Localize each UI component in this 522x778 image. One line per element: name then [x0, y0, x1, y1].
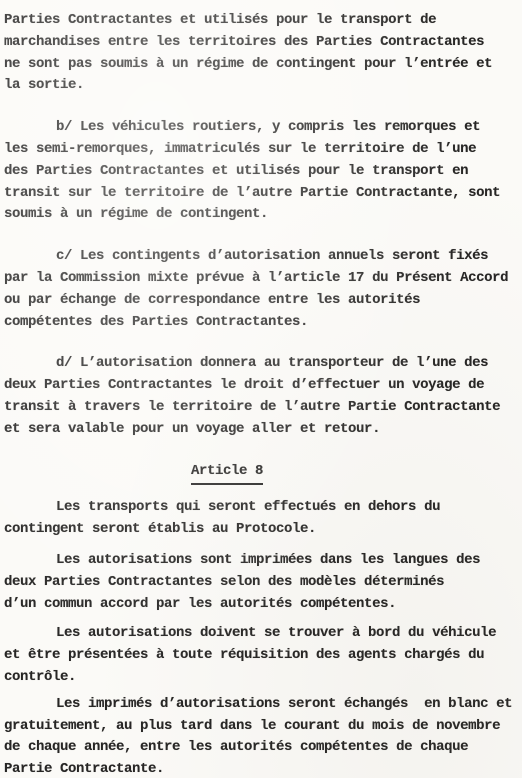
article-8-heading: Article 8: [191, 461, 263, 486]
paragraph-transports-hors-contingent: Les transports qui seront effectués en d…: [4, 497, 520, 541]
paragraph-imprimes-echanges: Les imprimés d’autorisations seront écha…: [4, 694, 520, 778]
paragraph-continuation-contingent: Parties Contractantes et utilisés pour l…: [4, 10, 520, 97]
paragraph-item-d-autorisation: d/ L’autorisation donnera au transporteu…: [4, 353, 520, 440]
paragraph-item-c-contingents: c/ Les contingents d’autorisation annuel…: [4, 246, 520, 333]
paragraph-autorisations-langues: Les autorisations sont imprimées dans le…: [4, 550, 520, 615]
paragraph-autorisations-bord-vehicule: Les autorisations doivent se trouver à b…: [4, 623, 520, 688]
paragraph-item-b-vehicules: b/ Les véhicules routiers, y compris les…: [4, 117, 520, 226]
article-heading-row: Article 8: [4, 461, 520, 486]
document-page: Parties Contractantes et utilisés pour l…: [0, 0, 522, 778]
